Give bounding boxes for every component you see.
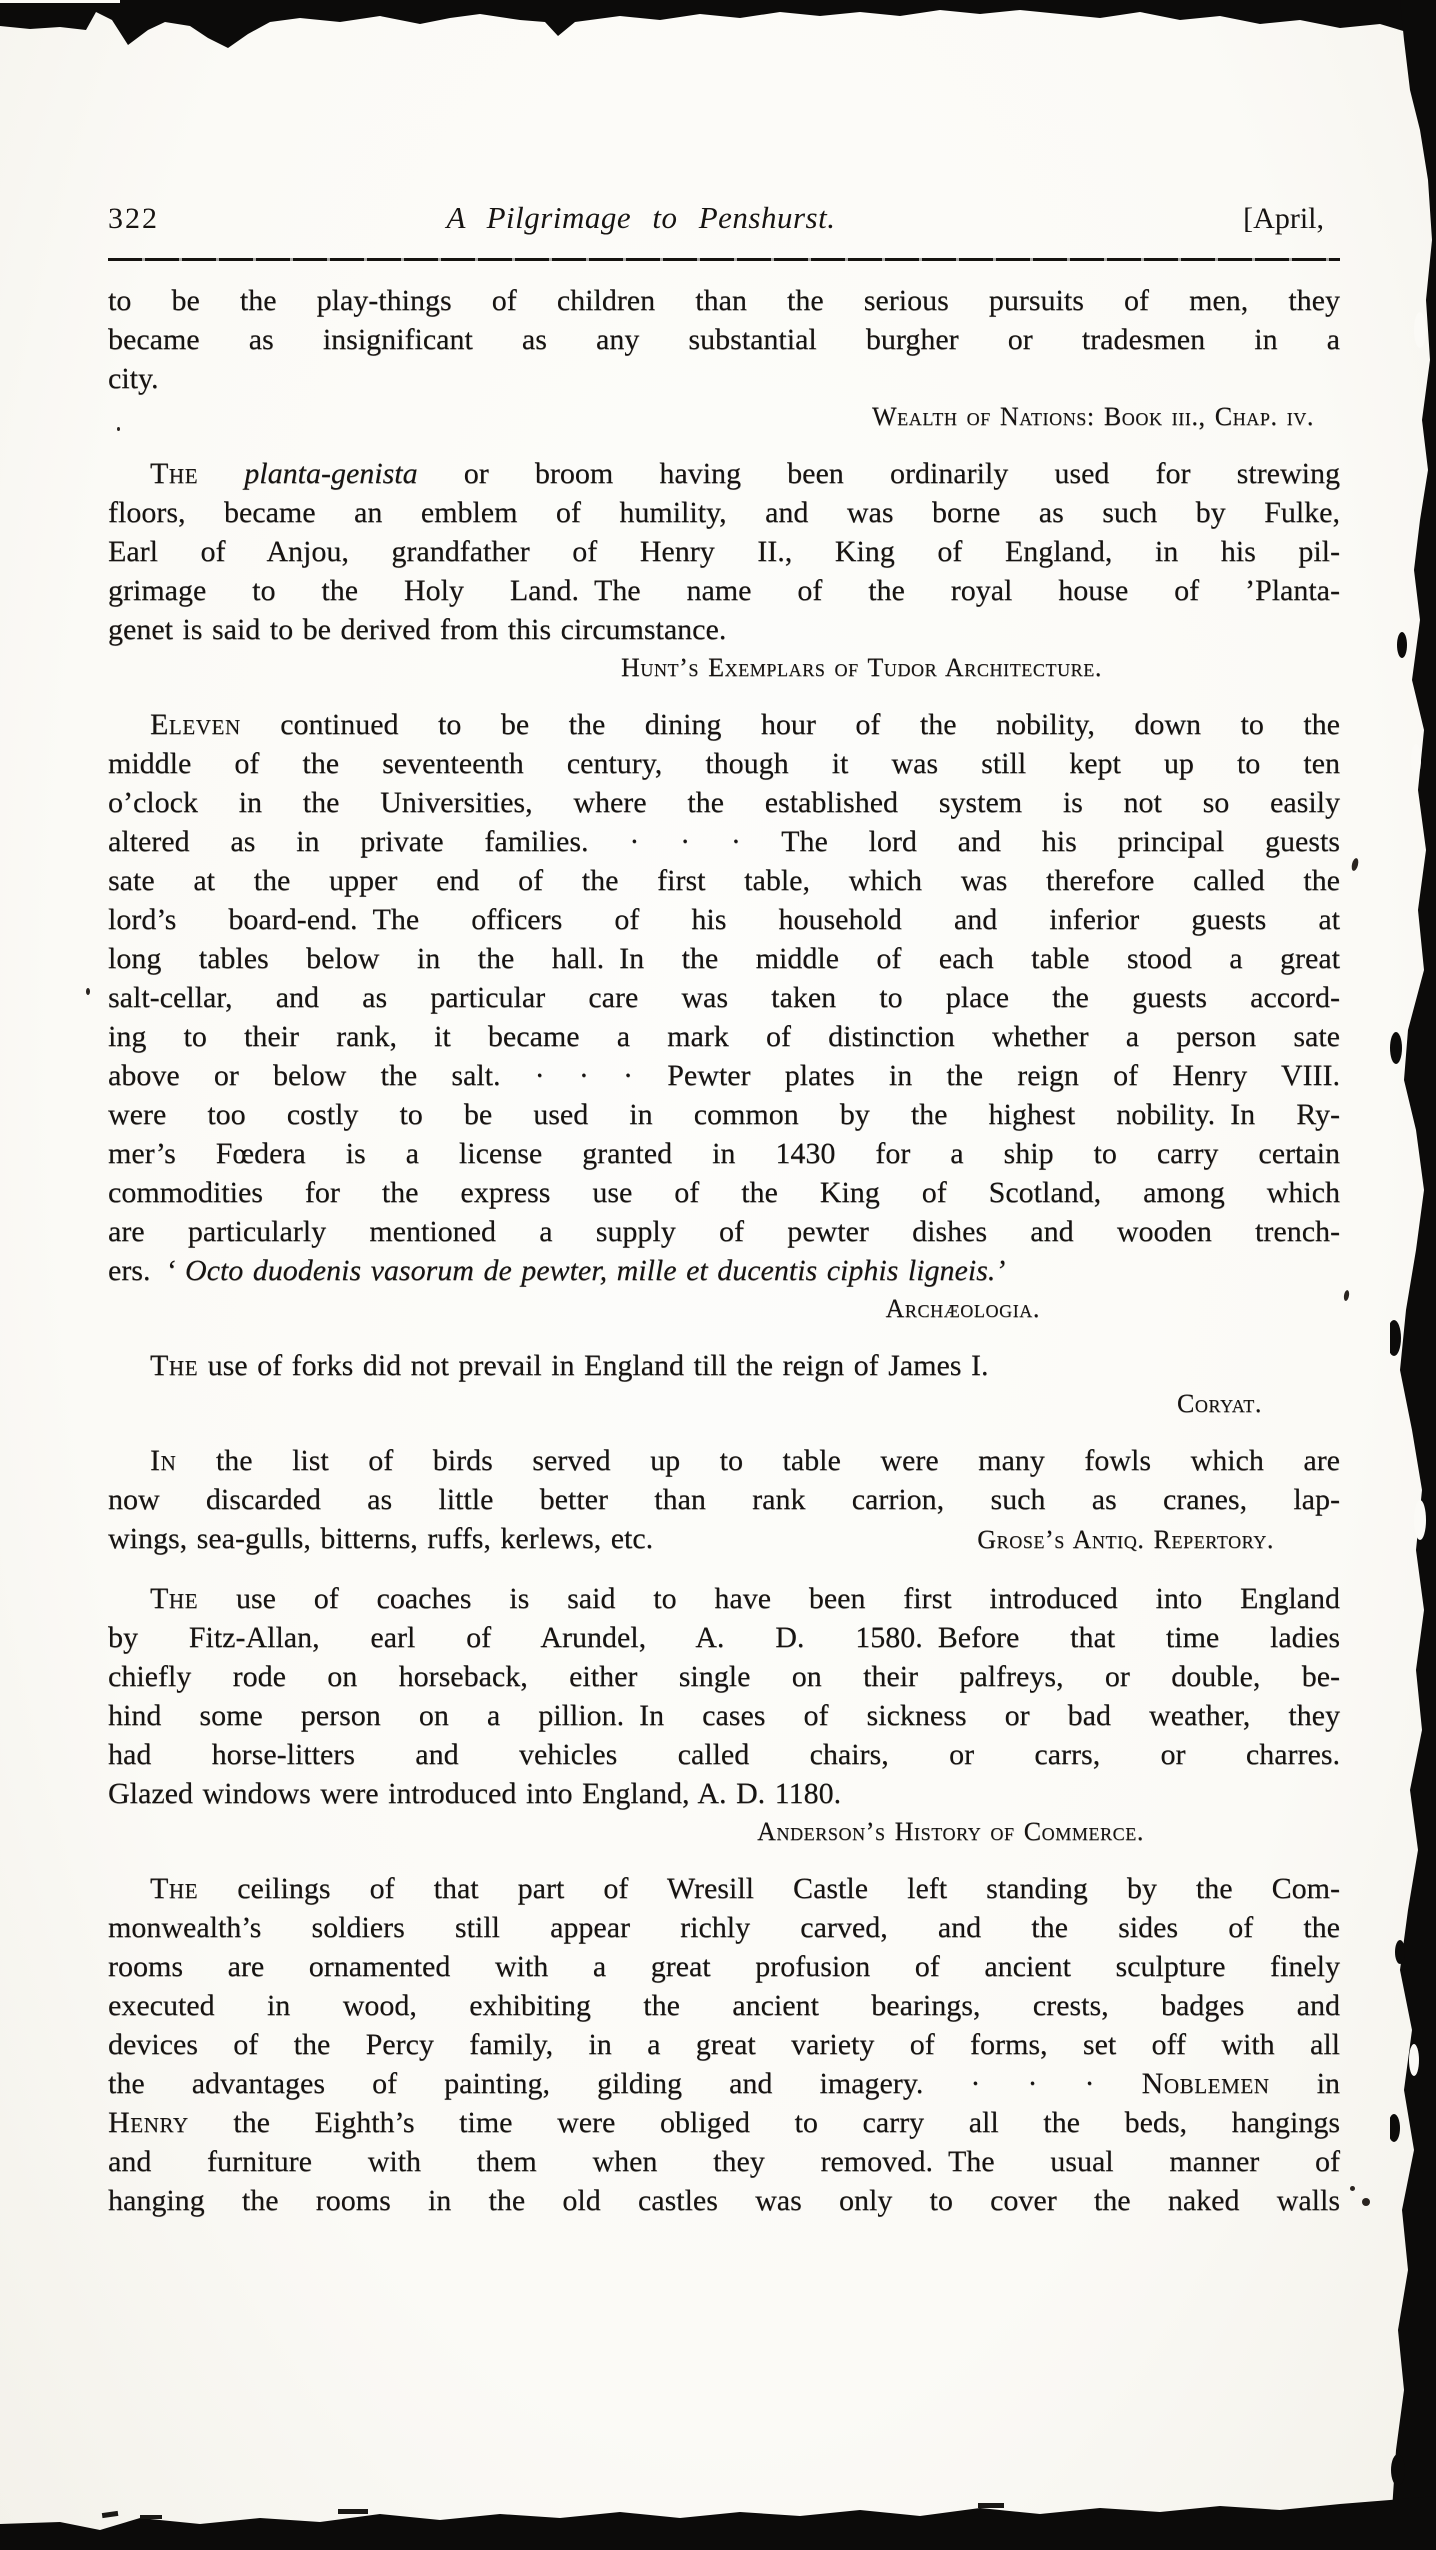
text-line: chiefly rode on horseback, either single…: [108, 1657, 1340, 1696]
paragraph: In the list of birds served up to table …: [108, 1441, 1340, 1559]
citation-row: Archæologia.: [108, 1292, 1340, 1326]
text-line: salt-cellar, and as particular care was …: [108, 978, 1340, 1017]
text-line: were too costly to be used in common by …: [108, 1095, 1340, 1134]
citation: Grose’s Antiq. Repertory.: [977, 1520, 1340, 1559]
citation: Anderson’s History of Commerce.: [757, 1815, 1340, 1849]
running-title: A Pilgrimage to Penshurst.: [258, 200, 1024, 236]
torn-edge-top: [0, 0, 1436, 50]
ink-speck: [86, 988, 90, 995]
text-line: altered as in private families. · · · Th…: [108, 822, 1340, 861]
citation: Wealth of Nations: Book iii., Chap. iv.: [872, 400, 1340, 434]
ink-speck: [1343, 1290, 1350, 1302]
text-line: Eleven continued to be the dining hour o…: [108, 705, 1340, 744]
text-line: The ceilings of that part of Wresill Cas…: [108, 1869, 1340, 1908]
paragraph: to be the play-things of children than t…: [108, 281, 1340, 434]
text-line: o’clock in the Universities, where the e…: [108, 783, 1340, 822]
paragraph: Eleven continued to be the dining hour o…: [108, 705, 1340, 1326]
text-line: hanging the rooms in the old castles was…: [108, 2181, 1340, 2220]
ink-speck: [1362, 2198, 1370, 2206]
text-block: to be the play-things of children than t…: [108, 281, 1340, 2240]
text-line: long tables below in the hall. In the mi…: [108, 939, 1340, 978]
paragraph: The planta-genista or broom having been …: [108, 454, 1340, 685]
text-line: lord’s board-end. The officers of his ho…: [108, 900, 1340, 939]
citation-row: Wealth of Nations: Book iii., Chap. iv.: [108, 400, 1340, 434]
text-line: The use of forks did not prevail in Engl…: [108, 1346, 1340, 1385]
torn-edge-bottom-shape: [0, 2496, 1436, 2550]
page-header: 322 A Pilgrimage to Penshurst. [April,: [108, 200, 1340, 236]
paragraph: The use of coaches is said to have been …: [108, 1579, 1340, 1849]
text-line: had horse-litters and vehicles called ch…: [108, 1735, 1340, 1774]
paragraph: The use of forks did not prevail in Engl…: [108, 1346, 1340, 1421]
citation-row: Hunt’s Exemplars of Tudor Architecture.: [108, 651, 1340, 685]
text-line: to be the play-things of children than t…: [108, 281, 1340, 320]
text-line: sate at the upper end of the first table…: [108, 861, 1340, 900]
citation-row: Coryat.: [108, 1387, 1340, 1421]
text-line: commodities for the express use of the K…: [108, 1173, 1340, 1212]
citation: Hunt’s Exemplars of Tudor Architecture.: [621, 651, 1340, 685]
text-line: executed in wood, exhibiting the ancient…: [108, 1986, 1340, 2025]
text-line: middle of the seventeenth century, thoug…: [108, 744, 1340, 783]
text-line: In the list of birds served up to table …: [108, 1441, 1340, 1480]
ink-speck: [1350, 2186, 1355, 2191]
page-number: 322: [108, 202, 258, 236]
text-line: ers. ‘ Octo duodenis vasorum de pewter, …: [108, 1251, 1340, 1290]
text-line: The use of coaches is said to have been …: [108, 1579, 1340, 1618]
text-line: now discarded as little better than rank…: [108, 1480, 1340, 1519]
text-line: city.: [108, 359, 1340, 398]
text-line: are particularly mentioned a supply of p…: [108, 1212, 1340, 1251]
text-line: wings, sea-gulls, bitterns, ruffs, kerle…: [108, 1519, 1340, 1559]
text-line: and furniture with them when they remove…: [108, 2142, 1340, 2181]
text-line: became as insignificant as any substanti…: [108, 320, 1340, 359]
citation: Archæologia.: [886, 1292, 1340, 1326]
text-line: by Fitz-Allan, earl of Arundel, A. D. 15…: [108, 1618, 1340, 1657]
text-line: genet is said to be derived from this ci…: [108, 610, 1340, 649]
text-line: devices of the Percy family, in a great …: [108, 2025, 1340, 2064]
text-line: Henry the Eighth’s time were obliged to …: [108, 2103, 1340, 2142]
issue-date: [April,: [1024, 202, 1340, 236]
text-line: hind some person on a pillion. In cases …: [108, 1696, 1340, 1735]
header-rule: [108, 258, 1340, 261]
ink-speck: [1351, 857, 1360, 871]
text-line: the advantages of painting, gilding and …: [108, 2064, 1340, 2103]
text-line: above or below the salt. · · · Pewter pl…: [108, 1056, 1340, 1095]
page-edge-right: [1390, 0, 1436, 2550]
citation-row: Anderson’s History of Commerce.: [108, 1815, 1340, 1849]
citation: Coryat.: [1177, 1387, 1340, 1421]
text-line: mer’s Fœdera is a license granted in 143…: [108, 1134, 1340, 1173]
text-line: Glazed windows were introduced into Engl…: [108, 1774, 1340, 1813]
text-line: ing to their rank, it became a mark of d…: [108, 1017, 1340, 1056]
line-text: wings, sea-gulls, bitterns, ruffs, kerle…: [108, 1519, 653, 1558]
text-line: Earl of Anjou, grandfather of Henry II.,…: [108, 532, 1340, 571]
text-line: floors, became an emblem of humility, an…: [108, 493, 1340, 532]
text-line: rooms are ornamented with a great profus…: [108, 1947, 1340, 1986]
text-line: monwealth’s soldiers still appear richly…: [108, 1908, 1340, 1947]
paragraph: The ceilings of that part of Wresill Cas…: [108, 1869, 1340, 2220]
text-line: The planta-genista or broom having been …: [108, 454, 1340, 493]
text-line: grimage to the Holy Land. The name of th…: [108, 571, 1340, 610]
